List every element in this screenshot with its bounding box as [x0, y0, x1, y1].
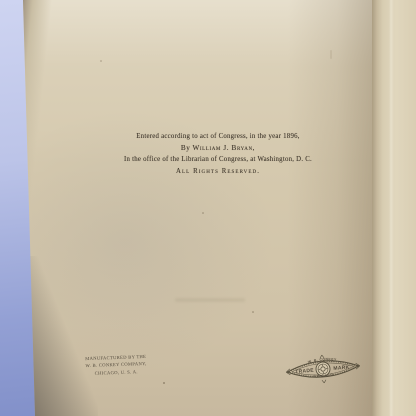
- copyright-line-author: ByWilliam J. Bryan,: [98, 143, 338, 155]
- copyright-line-office: In the office of the Librarian of Congre…: [98, 154, 338, 166]
- foxing-spot: [252, 311, 254, 313]
- author-name: William J. Bryan,: [192, 144, 255, 152]
- printer-imprint: MANUFACTURED BY THE W. B. CONKEY COMPANY…: [78, 353, 155, 378]
- copyright-line-entered: Entered according to act of Congress, in…: [98, 131, 338, 143]
- by-prefix: By: [181, 144, 191, 152]
- page-corner-shadow: [20, 256, 98, 416]
- show-through-mark: [330, 50, 332, 59]
- copyright-block: Entered according to act of Congress, in…: [98, 131, 338, 177]
- foxing-spot: [163, 382, 165, 384]
- copyright-line-rights: All Rights Reserved.: [98, 166, 338, 178]
- foxing-spot: [202, 212, 204, 214]
- trademark-stamp-icon: W. B. CONKEY CHICAGO TRADE MARK: [285, 349, 362, 389]
- stamp-trade-text: TRADE: [295, 368, 315, 376]
- foxing-spot: [100, 60, 102, 62]
- copyright-page: Entered according to act of Congress, in…: [20, 0, 372, 416]
- book-photo: Entered according to act of Congress, in…: [0, 0, 416, 416]
- paper-smudge: [175, 298, 245, 302]
- facing-page-edge: [372, 0, 416, 416]
